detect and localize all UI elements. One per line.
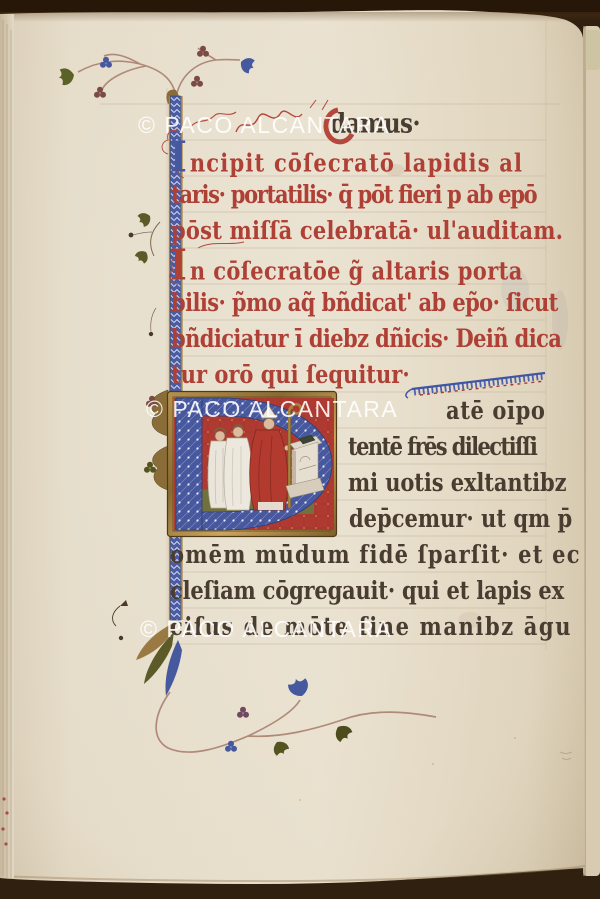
manuscript-line-4: pōst miſſā celebratā· ul'auditam. <box>171 218 563 243</box>
manuscript-line-14: cleſiam cōgregauit· qui et lapis ex <box>170 578 564 603</box>
manuscript-line-10: tentē frēs dilectiſſi <box>348 434 536 459</box>
miniature-altar <box>286 435 324 498</box>
pen-initial-I-blue: I <box>170 132 187 182</box>
watermark-3: © PACO ALCANTARA <box>140 616 392 643</box>
manuscript-line-6: bilis· p̃mo aq̃ bñdicat' ab ep̃o· ſicut <box>171 290 558 315</box>
manuscript-line-9: atē oīpo <box>446 398 545 423</box>
manuscript-line-8: tur orō qui ſequitur· <box>171 362 410 387</box>
manuscript-line-5: In cōſecratōe g̃ altaris porta <box>170 244 523 286</box>
manuscript-line-13: omēm mūdum fidē ſparſit· et ec <box>170 542 581 567</box>
watermark-1: © PACO ALCANTARA <box>138 112 390 139</box>
watermark-2: © PACO ALCANTARA <box>146 396 398 423</box>
page-edge-left <box>0 14 14 878</box>
manuscript-line-12: dep̄cemur· ut qm p̄ <box>349 506 572 531</box>
manuscript-line-2: Incipit cōſecratō lapidis al <box>170 136 523 178</box>
manuscript-line-11: mi uotis exltantibz <box>348 470 566 495</box>
manuscript-photo: damus· Incipit cōſecratō lapidis al tari… <box>0 0 600 899</box>
page-fore-edge <box>583 26 600 876</box>
pen-initial-I-red: I <box>170 240 187 290</box>
manuscript-line-7: bñdiciatur ī diebz dñicis· Deiñ dica <box>171 326 561 351</box>
manuscript-line-3: taris· portatilis· q̄ pōt fieri p ab epō <box>171 182 536 207</box>
